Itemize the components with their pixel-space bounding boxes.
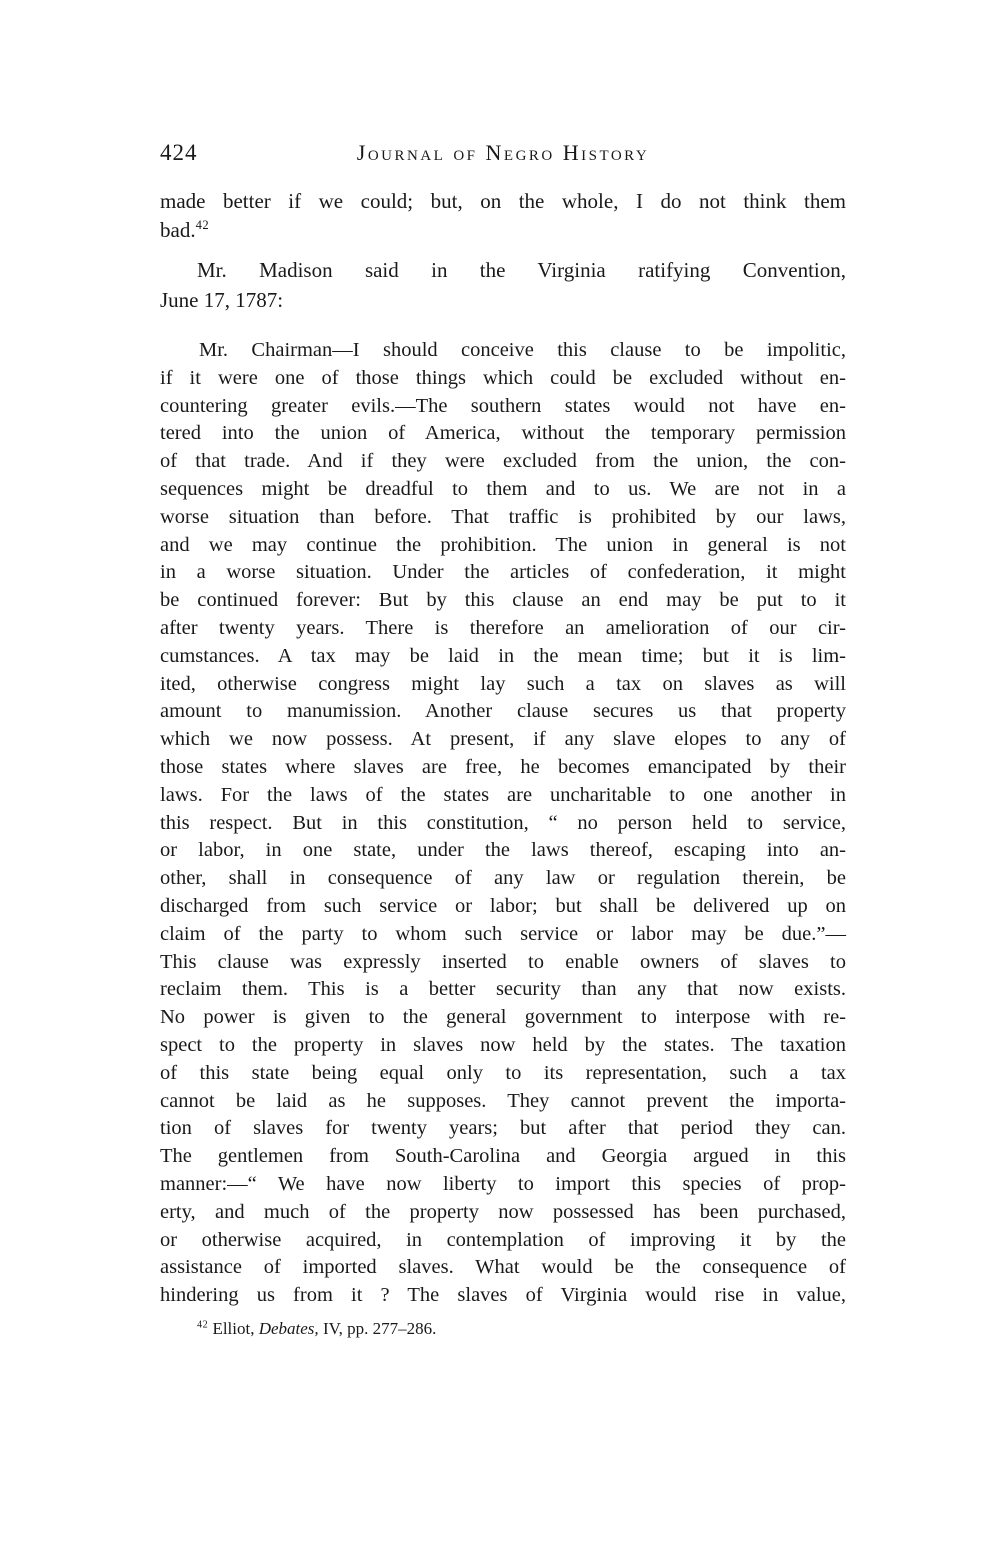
- text-line: This clause was expressly inserted to en…: [160, 949, 846, 977]
- text-line: amount to manumission. Another clause se…: [160, 698, 846, 726]
- text-line: tion of slaves for twenty years; but aft…: [160, 1115, 846, 1143]
- text-line: or otherwise acquired, in contemplation …: [160, 1227, 846, 1255]
- text-line: erty, and much of the property now posse…: [160, 1199, 846, 1227]
- text-line: tered into the union of America, without…: [160, 420, 846, 448]
- text-line: of that trade. And if they were excluded…: [160, 448, 846, 476]
- text-line: claim of the party to whom such service …: [160, 921, 846, 949]
- text-line: if it were one of those things which cou…: [160, 365, 846, 393]
- text-line: or labor, in one state, under the laws t…: [160, 837, 846, 865]
- footnote-reference: 42: [196, 218, 210, 232]
- text-line: reclaim them. This is a better security …: [160, 976, 846, 1004]
- text-line: those states where slaves are free, he b…: [160, 754, 846, 782]
- madison-speech-quote-paragraph: Mr. Chairman—I should conceive this clau…: [160, 337, 846, 1310]
- text-line: bad.42: [160, 216, 846, 245]
- text-line: cumstances. A tax may be laid in the mea…: [160, 643, 846, 671]
- madison-attribution-paragraph: Mr. Madison said in the Virginia ratifyi…: [160, 255, 846, 315]
- text-line: sequences might be dreadful to them and …: [160, 476, 846, 504]
- text-line: Mr. Chairman—I should conceive this clau…: [160, 337, 846, 365]
- text-line: No power is given to the general governm…: [160, 1004, 846, 1032]
- page-number: 424: [160, 140, 198, 166]
- running-head: 424 Journal of Negro History: [160, 140, 846, 166]
- text-line: The gentlemen from South-Carolina and Ge…: [160, 1143, 846, 1171]
- italic-text: Debates,: [259, 1319, 319, 1338]
- text-line: be continued forever: But by this clause…: [160, 587, 846, 615]
- text-line: which we now possess. At present, if any…: [160, 726, 846, 754]
- text-line: of this state being equal only to its re…: [160, 1060, 846, 1088]
- journal-title: Journal of Negro History: [160, 140, 846, 166]
- text-line: countering greater evils.—The southern s…: [160, 393, 846, 421]
- text-line: June 17, 1787:: [160, 285, 846, 315]
- text-line: worse situation than before. That traffi…: [160, 504, 846, 532]
- text-line: laws. For the laws of the states are unc…: [160, 782, 846, 810]
- text-line: cannot be laid as he supposes. They cann…: [160, 1088, 846, 1116]
- intro-paragraph: made better if we could; but, on the who…: [160, 187, 846, 245]
- scanned-journal-page: 424 Journal of Negro History made better…: [0, 0, 1000, 1547]
- text-line: made better if we could; but, on the who…: [160, 187, 846, 216]
- text-line: manner:—“ We have now liberty to import …: [160, 1171, 846, 1199]
- footnote-reference: 42: [197, 1319, 208, 1330]
- text-line: and we may continue the prohibition. The…: [160, 532, 846, 560]
- text-line: after twenty years. There is therefore a…: [160, 615, 846, 643]
- footnote: 42 Elliot, Debates, IV, pp. 277–286.: [160, 1318, 846, 1340]
- text-line: assistance of imported slaves. What woul…: [160, 1254, 846, 1282]
- text-line: hindering us from it ? The slaves of Vir…: [160, 1282, 846, 1310]
- page-content: 424 Journal of Negro History made better…: [160, 140, 846, 1340]
- text-line: spect to the property in slaves now held…: [160, 1032, 846, 1060]
- text-line: other, shall in consequence of any law o…: [160, 865, 846, 893]
- text-line: discharged from such service or labor; b…: [160, 893, 846, 921]
- text-line: Mr. Madison said in the Virginia ratifyi…: [160, 255, 846, 285]
- text-line: this respect. But in this constitution, …: [160, 810, 846, 838]
- text-line: ited, otherwise congress might lay such …: [160, 671, 846, 699]
- text-line: in a worse situation. Under the articles…: [160, 559, 846, 587]
